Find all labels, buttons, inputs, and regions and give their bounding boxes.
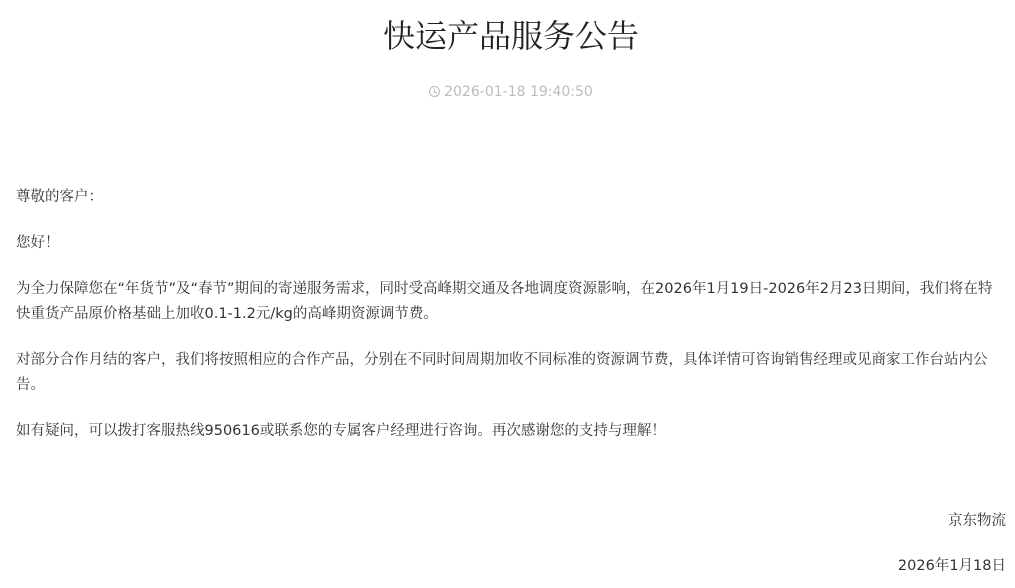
publish-meta: 2026-01-18 19:40:50	[0, 82, 1015, 102]
greeting-salutation: 尊敬的客户：	[16, 185, 1006, 210]
paragraph-contact: 如有疑问，可以拨打客服热线950616或联系您的专属客户经理进行咨询。再次感谢您…	[16, 419, 1006, 444]
greeting-hello: 您好！	[16, 231, 1006, 256]
page-title: 快运产品服务公告	[0, 14, 1015, 58]
paragraph-monthly-clients: 对部分合作月结的客户，我们将按照相应的合作产品，分别在不同时间周期加收不同标准的…	[16, 348, 1006, 398]
signature-company: 京东物流	[948, 510, 1006, 532]
paragraph-surcharge-notice: 为全力保障您在“年货节”及“春节”期间的寄递服务需求，同时受高峰期交通及各地调度…	[16, 277, 1006, 327]
signature-date: 2026年1月18日	[898, 555, 1006, 577]
article-body: 尊敬的客户： 您好！ 为全力保障您在“年货节”及“春节”期间的寄递服务需求，同时…	[16, 185, 1006, 465]
publish-timestamp: 2026-01-18 19:40:50	[444, 84, 593, 100]
clock-icon	[429, 86, 440, 97]
